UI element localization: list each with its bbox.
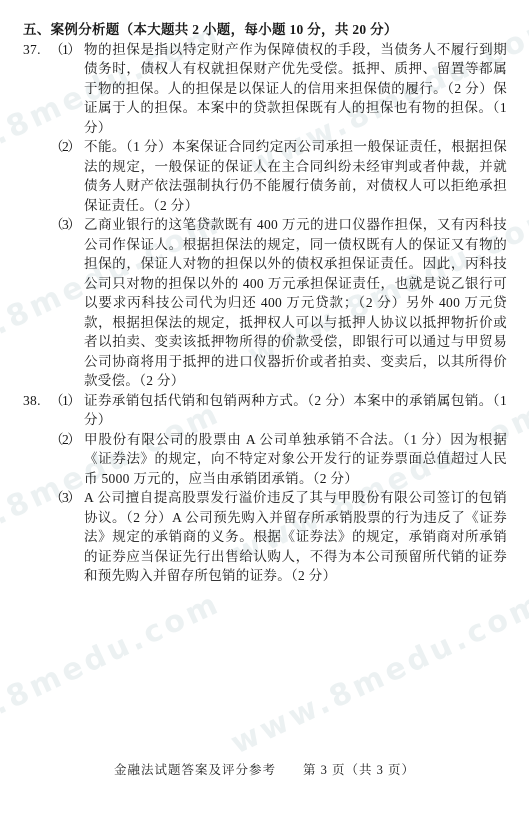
- question-38: 38. （1） 证券承销包括代销和包销两种方式。（2 分）本案中的承销属包销。（…: [23, 391, 507, 586]
- answer-text: A 公司擅自提高股票发行溢价违反了其与甲股份有限公司签订的包销协议。（2 分）A…: [84, 488, 507, 586]
- page-footer: 金融法试题答案及评分参考 第 3 页（共 3 页）: [0, 760, 529, 778]
- scanned-exam-answer-page: { "page": { "header": "五、案例分析题（本大题共 2 小题…: [0, 0, 529, 818]
- answer-text: 甲股份有限公司的股票由 A 公司单独承销不合法。（1 分）因为根据《证券法》的规…: [84, 430, 507, 489]
- answer-marker: （3）: [50, 215, 84, 235]
- answer-sheet-content: 五、案例分析题（本大题共 2 小题，每小题 10 分，共 20 分） 37. （…: [23, 20, 507, 586]
- question-number: 37.: [23, 40, 50, 60]
- answer-text: 乙商业银行的这笔贷款既有 400 万元的进口仪器作担保，又有丙科技公司作保证人。…: [84, 215, 507, 391]
- answer-text: 物的担保是指以特定财产作为保障债权的手段，当债务人不履行到期债务时，债权人有权就…: [84, 40, 507, 138]
- answer-38-3: （3） A 公司擅自提高股票发行溢价违反了其与甲股份有限公司签订的包销协议。（2…: [50, 488, 507, 586]
- watermark-text: www.8medu.com: [226, 586, 529, 762]
- answer-text: 不能。（1 分）本案保证合同约定丙公司承担一般保证责任，根据担保法的规定，一般保…: [84, 137, 507, 215]
- answer-text: 证券承销包括代销和包销两种方式。（2 分）本案中的承销属包销。（1 分）: [84, 391, 507, 430]
- answer-marker: （1）: [50, 391, 84, 411]
- answer-38-2: （2） 甲股份有限公司的股票由 A 公司单独承销不合法。（1 分）因为根据《证券…: [50, 430, 507, 489]
- question-number: 38.: [23, 391, 50, 411]
- answer-38-1: （1） 证券承销包括代销和包销两种方式。（2 分）本案中的承销属包销。（1 分）: [50, 391, 507, 430]
- answer-marker: （3）: [50, 488, 84, 508]
- answer-marker: （1）: [50, 40, 84, 60]
- watermark-text: www.8medu.com: [0, 586, 226, 762]
- question-38-answers: （1） 证券承销包括代销和包销两种方式。（2 分）本案中的承销属包销。（1 分）…: [50, 391, 507, 586]
- answer-37-2: （2） 不能。（1 分）本案保证合同约定丙公司承担一般保证责任，根据担保法的规定…: [50, 137, 507, 215]
- section-heading: 五、案例分析题（本大题共 2 小题，每小题 10 分，共 20 分）: [23, 20, 507, 40]
- question-37-answers: （1） 物的担保是指以特定财产作为保障债权的手段，当债务人不履行到期债务时，债权…: [50, 40, 507, 391]
- answer-37-1: （1） 物的担保是指以特定财产作为保障债权的手段，当债务人不履行到期债务时，债权…: [50, 40, 507, 138]
- answer-37-3: （3） 乙商业银行的这笔贷款既有 400 万元的进口仪器作担保，又有丙科技公司作…: [50, 215, 507, 391]
- question-37: 37. （1） 物的担保是指以特定财产作为保障债权的手段，当债务人不履行到期债务…: [23, 40, 507, 391]
- answer-marker: （2）: [50, 137, 84, 157]
- answer-marker: （2）: [50, 430, 84, 450]
